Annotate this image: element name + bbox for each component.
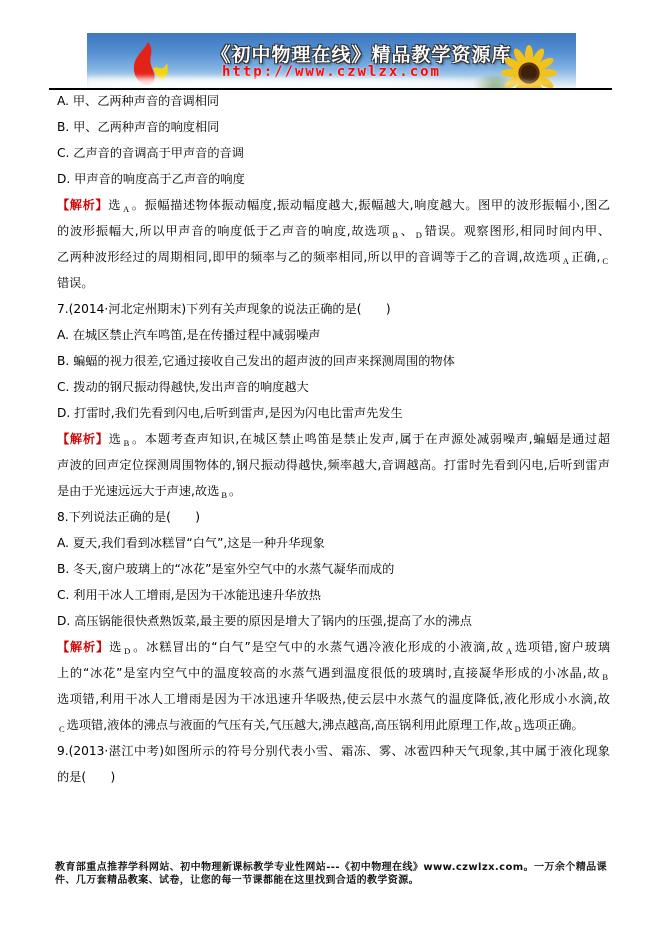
document-body: A. 甲、乙两种声音的音调相同B. 甲、乙两种声音的响度相同C. 乙声音的音调高… bbox=[57, 88, 610, 790]
text-run: A. 夏天,我们看到冰糕冒“白气”,这是一种升华现象 bbox=[57, 536, 325, 550]
text-line: 乙两种波形经过的周期相同,即甲的频率与乙的频率相同,所以甲的音调等于乙的音调,故… bbox=[57, 244, 610, 270]
q7-analysis: 【解析】选B。本题考查声知识,在城区禁止鸣笛是禁止发声,属于在声源处减弱噪声,蝙… bbox=[57, 426, 610, 504]
text-line: C. 利用干冰人工增雨,是因为干冰能迅速升华放热 bbox=[57, 582, 610, 608]
text-run: 选 bbox=[108, 198, 121, 212]
option-letter: A bbox=[561, 256, 571, 266]
text-line: B. 冬天,窗户玻璃上的“冰花”是室外空气中的水蒸气凝华而成的 bbox=[57, 556, 610, 582]
text-run: 选项错,利用干冰人工增雨是因为干冰迅速升华吸热,使云层中水蒸气的温度降低,液化形… bbox=[57, 692, 610, 706]
analysis-marker: 【解析】 bbox=[57, 198, 108, 212]
q8-option-c: C. 利用干冰人工增雨,是因为干冰能迅速升华放热 bbox=[57, 582, 610, 608]
text-line: B. 甲、乙两种声音的响度相同 bbox=[57, 114, 610, 140]
text-run: B. 蝙蝠的视力很差,它通过接收自己发出的超声波的回声来探测周围的物体 bbox=[57, 354, 455, 368]
text-line: 【解析】选D。冰糕冒出的“白气”是空气中的水蒸气遇冷液化形成的小液滴,故A选项错… bbox=[57, 634, 610, 660]
text-run: 错误。 bbox=[57, 276, 94, 290]
text-run: A. 在城区禁止汽车鸣笛,是在传播过程中减弱噪声 bbox=[57, 328, 321, 342]
q7-option-b: B. 蝙蝠的视力很差,它通过接收自己发出的超声波的回声来探测周围的物体 bbox=[57, 348, 610, 374]
text-line: D. 高压锅能很快煮熟饭菜,最主要的原因是增大了锅内的压强,提高了水的沸点 bbox=[57, 608, 610, 634]
q7-question: 7.(2014·河北定州期末)下列有关声现象的说法正确的是( ) bbox=[57, 296, 610, 322]
q8-option-d: D. 高压锅能很快煮熟饭菜,最主要的原因是增大了锅内的压强,提高了水的沸点 bbox=[57, 608, 610, 634]
text-line: B. 蝙蝠的视力很差,它通过接收自己发出的超声波的回声来探测周围的物体 bbox=[57, 348, 610, 374]
text-line: 的波形振幅大,所以甲声音的响度低于乙声音的响度,故选项B、D错误。观察图形,相同… bbox=[57, 218, 610, 244]
text-line: C. 拨动的钢尺振动得越快,发出声音的响度越大 bbox=[57, 374, 610, 400]
q6-option-a: A. 甲、乙两种声音的音调相同 bbox=[57, 88, 610, 114]
q7-option-a: A. 在城区禁止汽车鸣笛,是在传播过程中减弱噪声 bbox=[57, 322, 610, 348]
q6-analysis: 【解析】选A。振幅描述物体振动幅度,振动幅度越大,振幅越大,响度越大。图甲的波形… bbox=[57, 192, 610, 296]
option-letter: D bbox=[513, 724, 523, 734]
q8-option-b: B. 冬天,窗户玻璃上的“冰花”是室外空气中的水蒸气凝华而成的 bbox=[57, 556, 610, 582]
q6-option-b: B. 甲、乙两种声音的响度相同 bbox=[57, 114, 610, 140]
option-letter: A bbox=[504, 646, 514, 656]
text-line: 9.(2013·湛江中考)如图所示的符号分别代表小雪、霜冻、雾、冰雹四种天气现象… bbox=[57, 738, 610, 764]
text-run: 的是( ) bbox=[57, 770, 115, 784]
q7-option-c: C. 拨动的钢尺振动得越快,发出声音的响度越大 bbox=[57, 374, 610, 400]
text-run: D. 甲声音的响度高于乙声音的响度 bbox=[57, 172, 245, 186]
option-letter: B bbox=[600, 672, 610, 682]
text-line: 【解析】选B。本题考查声知识,在城区禁止鸣笛是禁止发声,属于在声源处减弱噪声,蝙… bbox=[57, 426, 610, 452]
text-run: 选项错,液体的沸点与液面的气压有关,气压越大,沸点越高,高压锅利用此原理工作,故 bbox=[67, 718, 513, 732]
text-line: A. 在城区禁止汽车鸣笛,是在传播过程中减弱噪声 bbox=[57, 322, 610, 348]
q9-question: 9.(2013·湛江中考)如图所示的符号分别代表小雪、霜冻、雾、冰雹四种天气现象… bbox=[57, 738, 610, 790]
text-run: B. 甲、乙两种声音的响度相同 bbox=[57, 120, 219, 134]
text-run: 。本题考查声知识,在城区禁止鸣笛是禁止发声,属于在声源处减弱噪声,蝙蝠是通过超 bbox=[131, 432, 610, 446]
text-line: A. 夏天,我们看到冰糕冒“白气”,这是一种升华现象 bbox=[57, 530, 610, 556]
option-letter: A bbox=[121, 204, 131, 214]
text-run: 上的“冰花”是室内空气中的温度较高的水蒸气遇到温度很低的玻璃时,直接凝华形成的小… bbox=[57, 666, 600, 680]
text-line: C选项错,液体的沸点与液面的气压有关,气压越大,沸点越高,高压锅利用此原理工作,… bbox=[57, 712, 610, 738]
text-line: 是由于光速远远大于声速,故选B。 bbox=[57, 478, 610, 504]
text-line: C. 乙声音的音调高于甲声音的音调 bbox=[57, 140, 610, 166]
text-run: 、 bbox=[400, 224, 414, 238]
text-line: D. 甲声音的响度高于乙声音的响度 bbox=[57, 166, 610, 192]
text-run: 。冰糕冒出的“白气”是空气中的水蒸气遇冷液化形成的小液滴,故 bbox=[132, 640, 504, 654]
text-run: D. 打雷时,我们先看到闪电,后听到雷声,是因为闪电比雷声先发生 bbox=[57, 406, 403, 420]
text-line: 上的“冰花”是室内空气中的温度较高的水蒸气遇到温度很低的玻璃时,直接凝华形成的小… bbox=[57, 660, 610, 686]
text-run: 7.(2014·河北定州期末)下列有关声现象的说法正确的是( ) bbox=[57, 302, 391, 316]
page-footer: 教育部重点推荐学科网站、初中物理新课标教学专业性网站---《初中物理在线》www… bbox=[55, 861, 607, 887]
text-run: 选项正确。 bbox=[523, 718, 584, 732]
option-letter: D bbox=[122, 646, 132, 656]
text-run: 正确, bbox=[571, 250, 600, 264]
text-run: A. 甲、乙两种声音的音调相同 bbox=[57, 94, 219, 108]
cloud-decoration bbox=[87, 74, 576, 88]
text-line: A. 甲、乙两种声音的音调相同 bbox=[57, 88, 610, 114]
text-line: D. 打雷时,我们先看到闪电,后听到雷声,是因为闪电比雷声先发生 bbox=[57, 400, 610, 426]
text-run: C. 拨动的钢尺振动得越快,发出声音的响度越大 bbox=[57, 380, 309, 394]
text-line: 错误。 bbox=[57, 270, 610, 296]
option-letter: C bbox=[57, 724, 67, 734]
text-line: 的是( ) bbox=[57, 764, 610, 790]
q8-analysis: 【解析】选D。冰糕冒出的“白气”是空气中的水蒸气遇冷液化形成的小液滴,故A选项错… bbox=[57, 634, 610, 738]
q8-option-a: A. 夏天,我们看到冰糕冒“白气”,这是一种升华现象 bbox=[57, 530, 610, 556]
text-run: 是由于光速远远大于声速,故选 bbox=[57, 484, 219, 498]
text-run: 9.(2013·湛江中考)如图所示的符号分别代表小雪、霜冻、雾、冰雹四种天气现象… bbox=[57, 744, 610, 758]
site-banner: 《初中物理在线》精品教学资源库 http://www.czwlzx.com bbox=[87, 33, 576, 88]
q7-option-d: D. 打雷时,我们先看到闪电,后听到雷声,是因为闪电比雷声先发生 bbox=[57, 400, 610, 426]
analysis-marker: 【解析】 bbox=[57, 432, 109, 446]
option-letter: D bbox=[414, 230, 424, 240]
option-letter: B bbox=[390, 230, 400, 240]
text-run: 选 bbox=[109, 640, 122, 654]
text-run: C. 利用干冰人工增雨,是因为干冰能迅速升华放热 bbox=[57, 588, 321, 602]
text-run: 8.下列说法正确的是( ) bbox=[57, 510, 200, 524]
text-line: 声波的回声定位探测周围物体的,钢尺振动得越快,频率越大,音调越高。打雷时先看到闪… bbox=[57, 452, 610, 478]
text-run: 错误。观察图形,相同时间内甲、 bbox=[424, 224, 610, 238]
text-run: D. 高压锅能很快煮熟饭菜,最主要的原因是增大了锅内的压强,提高了水的沸点 bbox=[57, 614, 472, 628]
text-run: 。振幅描述物体振动幅度,振动幅度越大,振幅越大,响度越大。图甲的波形振幅小,图乙 bbox=[131, 198, 610, 212]
text-run: 选 bbox=[109, 432, 122, 446]
text-line: 【解析】选A。振幅描述物体振动幅度,振动幅度越大,振幅越大,响度越大。图甲的波形… bbox=[57, 192, 610, 218]
text-run: 。 bbox=[229, 484, 241, 498]
analysis-marker: 【解析】 bbox=[57, 640, 109, 654]
text-run: B. 冬天,窗户玻璃上的“冰花”是室外空气中的水蒸气凝华而成的 bbox=[57, 562, 394, 576]
option-letter: B bbox=[219, 490, 229, 500]
text-run: 选项错,窗户玻璃 bbox=[514, 640, 610, 654]
text-run: 乙两种波形经过的周期相同,即甲的频率与乙的频率相同,所以甲的音调等于乙的音调,故… bbox=[57, 250, 561, 264]
q8-question: 8.下列说法正确的是( ) bbox=[57, 504, 610, 530]
document-page: 《初中物理在线》精品教学资源库 http://www.czwlzx.com bbox=[0, 0, 661, 936]
q6-option-c: C. 乙声音的音调高于甲声音的音调 bbox=[57, 140, 610, 166]
q6-option-d: D. 甲声音的响度高于乙声音的响度 bbox=[57, 166, 610, 192]
text-run: 声波的回声定位探测周围物体的,钢尺振动得越快,频率越大,音调越高。打雷时先看到闪… bbox=[57, 458, 610, 472]
option-letter: B bbox=[122, 438, 132, 448]
text-line: 7.(2014·河北定州期末)下列有关声现象的说法正确的是( ) bbox=[57, 296, 610, 322]
text-line: 8.下列说法正确的是( ) bbox=[57, 504, 610, 530]
text-line: 选项错,利用干冰人工增雨是因为干冰迅速升华吸热,使云层中水蒸气的温度降低,液化形… bbox=[57, 686, 610, 712]
option-letter: C bbox=[600, 256, 610, 266]
text-run: C. 乙声音的音调高于甲声音的音调 bbox=[57, 146, 244, 160]
text-run: 的波形振幅大,所以甲声音的响度低于乙声音的响度,故选项 bbox=[57, 224, 390, 238]
